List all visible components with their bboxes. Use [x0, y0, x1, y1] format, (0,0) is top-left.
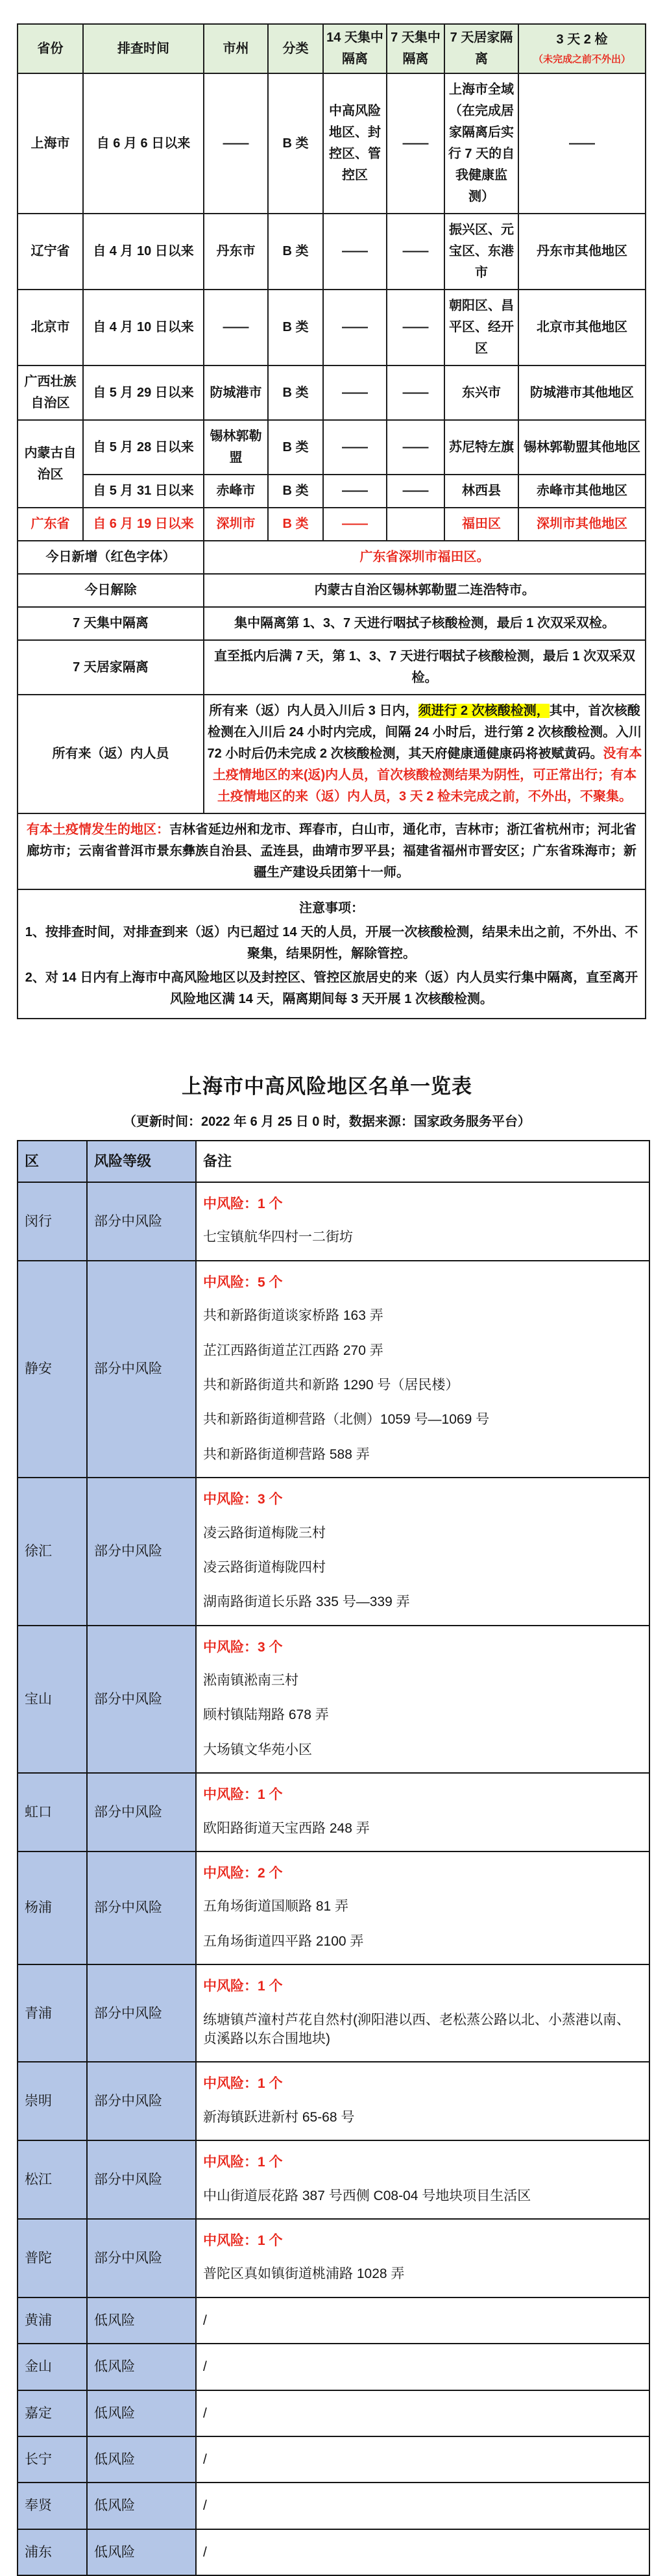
- risk-level-cell: 部分中风险: [87, 1261, 196, 1478]
- policy-header-label: 市州: [223, 42, 249, 56]
- province-cell: 广西壮族自治区: [18, 365, 83, 420]
- risk-place: 五角场街道国顺路 81 弄: [203, 1889, 642, 1924]
- remark-cell: 中风险：2 个五角场街道国顺路 81 弄五角场街道四平路 2100 弄: [196, 1851, 649, 1964]
- risk-level-cell: 低风险: [87, 2529, 196, 2575]
- risk-header-row: 区风险等级备注: [18, 1141, 649, 1182]
- quarantine-14d-cell: ——: [323, 420, 387, 475]
- quarantine-policy-table: 省份排查时间市州分类14 天集中隔离7 天集中隔离7 天居家隔离3 天 2 检（…: [17, 23, 646, 1019]
- screening-time-cell: 自 5 月 31 日以来: [83, 475, 204, 508]
- info-text-segment: 直至抵内后满 7 天，第 1、3、7 天进行咽拭子核酸检测，最后 1 次双采双检…: [214, 649, 635, 685]
- screening-time-cell: 自 5 月 29 日以来: [83, 365, 204, 420]
- policy-info-row: 今日解除内蒙古自治区锡林郭勒盟二连浩特市。: [18, 574, 646, 607]
- risk-place: 顾村镇陆翔路 678 弄: [203, 1698, 642, 1732]
- province-cell: 北京市: [18, 290, 83, 365]
- policy-header-cell: 7 天居家隔离: [444, 24, 518, 73]
- risk-count-label: 中风险：3 个: [203, 1631, 642, 1663]
- note-item: 2、对 14 日内有上海市中高风险地区以及封控区、管控区旅居史的来（返）内人员实…: [21, 967, 642, 1010]
- risk-place: 中山街道辰花路 387 号西侧 C08-04 号地块项目生活区: [203, 2179, 642, 2213]
- risk-row: 长宁低风险/: [18, 2436, 649, 2483]
- risk-count-label: 中风险：1 个: [203, 2225, 642, 2257]
- risk-place: 共和新路街道柳营路（北侧）1059 号—1069 号: [203, 1402, 642, 1437]
- policy-info-row: 7 天居家隔离直至抵内后满 7 天，第 1、3、7 天进行咽拭子核酸检测，最后 …: [18, 640, 646, 695]
- risk-place: 淞南镇淞南三村: [203, 1663, 642, 1698]
- policy-table-body: 上海市自 6 月 6 日以来——B 类中高风险地区、封控区、管控区——上海市全域…: [18, 73, 646, 1019]
- district-cell: 虹口: [18, 1773, 87, 1851]
- test-3d2t-cell: 北京市其他地区: [518, 290, 646, 365]
- risk-row: 宝山部分中风险中风险：3 个淞南镇淞南三村顾村镇陆翔路 678 弄大场镇文华苑小…: [18, 1626, 649, 1774]
- risk-level-cell: 部分中风险: [87, 2140, 196, 2219]
- policy-header-cell: 14 天集中隔离: [323, 24, 387, 73]
- policy-row: 内蒙古自治区自 5 月 28 日以来锡林郭勒盟B 类————苏尼特左旗锡林郭勒盟…: [18, 420, 646, 475]
- risk-place: 共和新路街道共和新路 1290 号（居民楼）: [203, 1368, 642, 1402]
- risk-level-cell: 低风险: [87, 2483, 196, 2529]
- risk-header-cell: 备注: [196, 1141, 649, 1182]
- policy-header-cell: 3 天 2 检（未完成之前不外出）: [518, 24, 646, 73]
- city-cell: 赤峰市: [204, 475, 268, 508]
- city-cell: 丹东市: [204, 214, 268, 290]
- risk-header-cell: 区: [18, 1141, 87, 1182]
- city-cell: 锡林郭勒盟: [204, 420, 268, 475]
- risk-level-cell: 部分中风险: [87, 1182, 196, 1261]
- info-content-cell: 集中隔离第 1、3、7 天进行咽拭子核酸检测，最后 1 次双采双检。: [204, 607, 646, 640]
- notes-row: 注意事项：1、按排查时间，对排查到来（返）内已超过 14 天的人员，开展一次核酸…: [18, 889, 646, 1019]
- policy-header-label: 7 天居家隔离: [450, 31, 513, 66]
- risk-place: 五角场街道四平路 2100 弄: [203, 1924, 642, 1959]
- quarantine-14d-cell: ——: [323, 290, 387, 365]
- info-text-segment: 内蒙古自治区锡林郭勒盟二连浩特市。: [315, 583, 535, 597]
- risk-table-header: 区风险等级备注: [18, 1141, 649, 1182]
- policy-row: 广东省自 6 月 19 日以来深圳市B 类——福田区深圳市其他地区: [18, 508, 646, 541]
- info-content-cell: 所有来（返）内人员入川后 3 日内，须进行 2 次核酸检测，其中，首次核酸检测在…: [204, 695, 646, 813]
- category-cell: B 类: [268, 420, 323, 475]
- district-cell: 金山: [18, 2344, 87, 2390]
- risk-row: 闵行部分中风险中风险：1 个七宝镇航华四村一二街坊: [18, 1182, 649, 1261]
- quarantine-14d-cell: ——: [323, 365, 387, 420]
- info-text-segment: 集中隔离第 1、3、7 天进行咽拭子核酸检测，最后 1 次双采双检。: [234, 616, 615, 630]
- info-label-cell: 今日新增（红色字体）: [18, 541, 204, 574]
- policy-header-label: 排查时间: [117, 42, 169, 56]
- epidemic-areas-label: 有本土疫情发生的地区：: [27, 823, 169, 837]
- risk-row: 松江部分中风险中风险：1 个中山街道辰花路 387 号西侧 C08-04 号地块…: [18, 2140, 649, 2219]
- risk-level-cell: 部分中风险: [87, 1964, 196, 2062]
- test-3d2t-cell: 锡林郭勒盟其他地区: [518, 420, 646, 475]
- info-label-cell: 7 天居家隔离: [18, 640, 204, 695]
- province-cell: 上海市: [18, 73, 83, 214]
- quarantine-7d-home-cell: 振兴区、元宝区、东港市: [444, 214, 518, 290]
- policy-header-cell: 分类: [268, 24, 323, 73]
- remark-cell: 中风险：1 个练塘镇芦潼村芦花自然村(泖阳港以西、老松蒸公路以北、小蒸港以南、贞…: [196, 1964, 649, 2062]
- remark-cell: /: [196, 2483, 649, 2529]
- remark-cell: /: [196, 2436, 649, 2483]
- note-item: 1、按排查时间，对排查到来（返）内已超过 14 天的人员，开展一次核酸检测，结果…: [21, 922, 642, 965]
- risk-place: 湖南路街道长乐路 335 号—339 弄: [203, 1585, 642, 1619]
- district-cell: 浦东: [18, 2529, 87, 2575]
- risk-level-cell: 低风险: [87, 2390, 196, 2436]
- risk-row: 杨浦部分中风险中风险：2 个五角场街道国顺路 81 弄五角场街道四平路 2100…: [18, 1851, 649, 1964]
- quarantine-14d-cell: 中高风险地区、封控区、管控区: [323, 73, 387, 214]
- quarantine-7d-home-cell: 上海市全域（在完成居家隔离后实行 7 天的自我健康监测）: [444, 73, 518, 214]
- category-cell: B 类: [268, 290, 323, 365]
- district-cell: 杨浦: [18, 1851, 87, 1964]
- risk-count-label: 中风险：1 个: [203, 1970, 642, 2002]
- risk-row: 徐汇部分中风险中风险：3 个凌云路街道梅陇三村凌云路街道梅陇四村湖南路街道长乐路…: [18, 1478, 649, 1626]
- policy-header-label: 3 天 2 检: [557, 32, 608, 47]
- risk-place: /: [203, 2303, 642, 2338]
- test-3d2t-cell: ——: [518, 73, 646, 214]
- city-cell: 防城港市: [204, 365, 268, 420]
- risk-place: 七宝镇航华四村一二街坊: [203, 1220, 642, 1254]
- risk-level-cell: 部分中风险: [87, 1626, 196, 1774]
- quarantine-7d-central-cell: ——: [387, 73, 444, 214]
- remark-cell: /: [196, 2529, 649, 2575]
- risk-place: /: [203, 2488, 642, 2523]
- risk-place: 大场镇文华苑小区: [203, 1733, 642, 1767]
- risk-row: 崇明部分中风险中风险：1 个新海镇跃进新村 65-68 号: [18, 2062, 649, 2140]
- risk-table-body: 闵行部分中风险中风险：1 个七宝镇航华四村一二街坊静安部分中风险中风险：5 个共…: [18, 1182, 649, 2575]
- risk-place: /: [203, 2442, 642, 2477]
- policy-row: 北京市自 4 月 10 日以来——B 类————朝阳区、昌平区、经开区北京市其他…: [18, 290, 646, 365]
- risk-count-label: 中风险：1 个: [203, 2068, 642, 2099]
- risk-level-cell: 低风险: [87, 2436, 196, 2483]
- city-cell: 深圳市: [204, 508, 268, 541]
- policy-row: 广西壮族自治区自 5 月 29 日以来防城港市B 类————东兴市防城港市其他地…: [18, 365, 646, 420]
- risk-count-label: 中风险：1 个: [203, 1188, 642, 1220]
- remark-cell: 中风险：3 个淞南镇淞南三村顾村镇陆翔路 678 弄大场镇文华苑小区: [196, 1626, 649, 1774]
- quarantine-7d-home-cell: 苏尼特左旗: [444, 420, 518, 475]
- test-3d2t-cell: 丹东市其他地区: [518, 214, 646, 290]
- policy-header-row: 省份排查时间市州分类14 天集中隔离7 天集中隔离7 天居家隔离3 天 2 检（…: [18, 24, 646, 73]
- district-cell: 嘉定: [18, 2390, 87, 2436]
- risk-row: 青浦部分中风险中风险：1 个练塘镇芦潼村芦花自然村(泖阳港以西、老松蒸公路以北、…: [18, 1964, 649, 2062]
- remark-cell: 中风险：5 个共和新路街道谈家桥路 163 弄芷江西路街道芷江西路 270 弄共…: [196, 1261, 649, 1478]
- risk-place: 共和新路街道柳营路 588 弄: [203, 1437, 642, 1472]
- category-cell: B 类: [268, 475, 323, 508]
- district-cell: 长宁: [18, 2436, 87, 2483]
- risk-count-label: 中风险：1 个: [203, 1779, 642, 1811]
- policy-info-row: 所有来（返）内人员所有来（返）内人员入川后 3 日内，须进行 2 次核酸检测，其…: [18, 695, 646, 813]
- risk-level-cell: 部分中风险: [87, 1478, 196, 1626]
- quarantine-7d-central-cell: ——: [387, 290, 444, 365]
- risk-count-label: 中风险：5 个: [203, 1267, 642, 1298]
- category-cell: B 类: [268, 214, 323, 290]
- quarantine-14d-cell: ——: [323, 508, 387, 541]
- policy-header-cell: 省份: [18, 24, 83, 73]
- policy-header-cell: 市州: [204, 24, 268, 73]
- quarantine-7d-central-cell: ——: [387, 475, 444, 508]
- risk-place: 练塘镇芦潼村芦花自然村(泖阳港以西、老松蒸公路以北、小蒸港以南、贞溪路以东合围地…: [203, 2003, 642, 2057]
- quarantine-14d-cell: ——: [323, 475, 387, 508]
- policy-row: 自 5 月 31 日以来赤峰市B 类————林西县赤峰市其他地区: [18, 475, 646, 508]
- quarantine-14d-cell: ——: [323, 214, 387, 290]
- risk-place: 普陀区真如镇街道桃浦路 1028 弄: [203, 2257, 642, 2291]
- risk-row: 静安部分中风险中风险：5 个共和新路街道谈家桥路 163 弄芷江西路街道芷江西路…: [18, 1261, 649, 1478]
- risk-count-label: 中风险：1 个: [203, 2146, 642, 2178]
- screening-time-cell: 自 6 月 6 日以来: [83, 73, 204, 214]
- policy-table-header: 省份排查时间市州分类14 天集中隔离7 天集中隔离7 天居家隔离3 天 2 检（…: [18, 24, 646, 73]
- risk-row: 嘉定低风险/: [18, 2390, 649, 2436]
- risk-level-cell: 低风险: [87, 2344, 196, 2390]
- category-cell: B 类: [268, 73, 323, 214]
- epidemic-areas-cell: 有本土疫情发生的地区：吉林省延边州和龙市、珲春市，白山市，通化市，吉林市；浙江省…: [18, 813, 646, 889]
- district-cell: 青浦: [18, 1964, 87, 2062]
- info-label-cell: 今日解除: [18, 574, 204, 607]
- remark-cell: 中风险：1 个普陀区真如镇街道桃浦路 1028 弄: [196, 2219, 649, 2297]
- district-cell: 崇明: [18, 2062, 87, 2140]
- risk-level-cell: 部分中风险: [87, 2219, 196, 2297]
- city-cell: ——: [204, 73, 268, 214]
- risk-level-cell: 部分中风险: [87, 2062, 196, 2140]
- policy-row: 辽宁省自 4 月 10 日以来丹东市B 类————振兴区、元宝区、东港市丹东市其…: [18, 214, 646, 290]
- test-3d2t-cell: 深圳市其他地区: [518, 508, 646, 541]
- notes-cell: 注意事项：1、按排查时间，对排查到来（返）内已超过 14 天的人员，开展一次核酸…: [18, 889, 646, 1019]
- risk-place: 凌云路街道梅陇四村: [203, 1550, 642, 1585]
- province-cell: 广东省: [18, 508, 83, 541]
- risk-place: /: [203, 2396, 642, 2431]
- notes-title: 注意事项：: [21, 898, 642, 919]
- quarantine-7d-central-cell: ——: [387, 420, 444, 475]
- policy-header-label: 14 天集中隔离: [326, 31, 383, 66]
- district-cell: 普陀: [18, 2219, 87, 2297]
- quarantine-7d-central-cell: [387, 508, 444, 541]
- district-cell: 松江: [18, 2140, 87, 2219]
- remark-cell: 中风险：1 个新海镇跃进新村 65-68 号: [196, 2062, 649, 2140]
- province-cell: 内蒙古自治区: [18, 420, 83, 508]
- risk-place: /: [203, 2535, 642, 2570]
- district-cell: 奉贤: [18, 2483, 87, 2529]
- risk-list-table: 区风险等级备注 闵行部分中风险中风险：1 个七宝镇航华四村一二街坊静安部分中风险…: [17, 1140, 650, 2576]
- risk-list-subtitle: （更新时间：2022 年 6 月 25 日 0 时，数据来源：国家政务服务平台）: [0, 1111, 654, 1130]
- risk-count-label: 中风险：3 个: [203, 1483, 642, 1515]
- info-label-cell: 所有来（返）内人员: [18, 695, 204, 813]
- risk-row: 奉贤低风险/: [18, 2483, 649, 2529]
- risk-row: 虹口部分中风险中风险：1 个欧阳路街道天宝西路 248 弄: [18, 1773, 649, 1851]
- page: { "colors":{ "red":"#e8251a", "highlight…: [0, 23, 654, 1963]
- policy-header-label: 7 天集中隔离: [391, 31, 441, 66]
- quarantine-7d-central-cell: ——: [387, 214, 444, 290]
- test-3d2t-cell: 防城港市其他地区: [518, 365, 646, 420]
- policy-info-row: 今日新增（红色字体）广东省深圳市福田区。: [18, 541, 646, 574]
- city-cell: ——: [204, 290, 268, 365]
- risk-place: 共和新路街道谈家桥路 163 弄: [203, 1298, 642, 1333]
- remark-cell: 中风险：1 个七宝镇航华四村一二街坊: [196, 1182, 649, 1261]
- risk-row: 普陀部分中风险中风险：1 个普陀区真如镇街道桃浦路 1028 弄: [18, 2219, 649, 2297]
- info-label-cell: 7 天集中隔离: [18, 607, 204, 640]
- district-cell: 宝山: [18, 1626, 87, 1774]
- policy-info-row: 7 天集中隔离集中隔离第 1、3、7 天进行咽拭子核酸检测，最后 1 次双采双检…: [18, 607, 646, 640]
- risk-row: 黄浦低风险/: [18, 2297, 649, 2344]
- screening-time-cell: 自 4 月 10 日以来: [83, 290, 204, 365]
- district-cell: 黄浦: [18, 2297, 87, 2344]
- remark-cell: 中风险：3 个凌云路街道梅陇三村凌云路街道梅陇四村湖南路街道长乐路 335 号—…: [196, 1478, 649, 1626]
- risk-level-cell: 部分中风险: [87, 1851, 196, 1964]
- category-cell: B 类: [268, 508, 323, 541]
- risk-place: 欧阳路街道天宝西路 248 弄: [203, 1811, 642, 1846]
- risk-row: 浦东低风险/: [18, 2529, 649, 2575]
- quarantine-7d-home-cell: 朝阳区、昌平区、经开区: [444, 290, 518, 365]
- risk-header-cell: 风险等级: [87, 1141, 196, 1182]
- district-cell: 闵行: [18, 1182, 87, 1261]
- risk-place: 凌云路街道梅陇三村: [203, 1516, 642, 1550]
- risk-list-title: 上海市中高风险地区名单一览表: [0, 1070, 654, 1099]
- risk-level-cell: 部分中风险: [87, 1773, 196, 1851]
- quarantine-7d-home-cell: 福田区: [444, 508, 518, 541]
- risk-place: 芷江西路街道芷江西路 270 弄: [203, 1333, 642, 1368]
- quarantine-7d-central-cell: ——: [387, 365, 444, 420]
- risk-place: 新海镇跃进新村 65-68 号: [203, 2100, 642, 2135]
- district-cell: 徐汇: [18, 1478, 87, 1626]
- risk-place: /: [203, 2349, 642, 2384]
- screening-time-cell: 自 6 月 19 日以来: [83, 508, 204, 541]
- policy-header-cell: 7 天集中隔离: [387, 24, 444, 73]
- policy-row: 上海市自 6 月 6 日以来——B 类中高风险地区、封控区、管控区——上海市全域…: [18, 73, 646, 214]
- test-3d2t-cell: 赤峰市其他地区: [518, 475, 646, 508]
- info-content-cell: 广东省深圳市福田区。: [204, 541, 646, 574]
- info-text-segment: 须进行 2 次核酸检测，: [418, 704, 550, 718]
- policy-header-cell: 排查时间: [83, 24, 204, 73]
- epidemic-areas-row: 有本土疫情发生的地区：吉林省延边州和龙市、珲春市，白山市，通化市，吉林市；浙江省…: [18, 813, 646, 889]
- risk-level-cell: 低风险: [87, 2297, 196, 2344]
- quarantine-7d-home-cell: 林西县: [444, 475, 518, 508]
- remark-cell: /: [196, 2390, 649, 2436]
- risk-count-label: 中风险：2 个: [203, 1857, 642, 1889]
- district-cell: 静安: [18, 1261, 87, 1478]
- remark-cell: 中风险：1 个欧阳路街道天宝西路 248 弄: [196, 1773, 649, 1851]
- policy-header-label: 分类: [283, 42, 309, 56]
- remark-cell: /: [196, 2344, 649, 2390]
- remark-cell: 中风险：1 个中山街道辰花路 387 号西侧 C08-04 号地块项目生活区: [196, 2140, 649, 2219]
- info-text-segment: 所有来（返）内人员入川后 3 日内，: [209, 704, 418, 718]
- risk-row: 金山低风险/: [18, 2344, 649, 2390]
- screening-time-cell: 自 5 月 28 日以来: [83, 420, 204, 475]
- screening-time-cell: 自 4 月 10 日以来: [83, 214, 204, 290]
- info-content-cell: 内蒙古自治区锡林郭勒盟二连浩特市。: [204, 574, 646, 607]
- remark-cell: /: [196, 2297, 649, 2344]
- category-cell: B 类: [268, 365, 323, 420]
- policy-header-label: 省份: [38, 42, 64, 56]
- province-cell: 辽宁省: [18, 214, 83, 290]
- quarantine-7d-home-cell: 东兴市: [444, 365, 518, 420]
- info-content-cell: 直至抵内后满 7 天，第 1、3、7 天进行咽拭子核酸检测，最后 1 次双采双检…: [204, 640, 646, 695]
- info-text-segment: 广东省深圳市福田区。: [360, 550, 490, 564]
- policy-header-subnote: （未完成之前不外出）: [520, 52, 644, 68]
